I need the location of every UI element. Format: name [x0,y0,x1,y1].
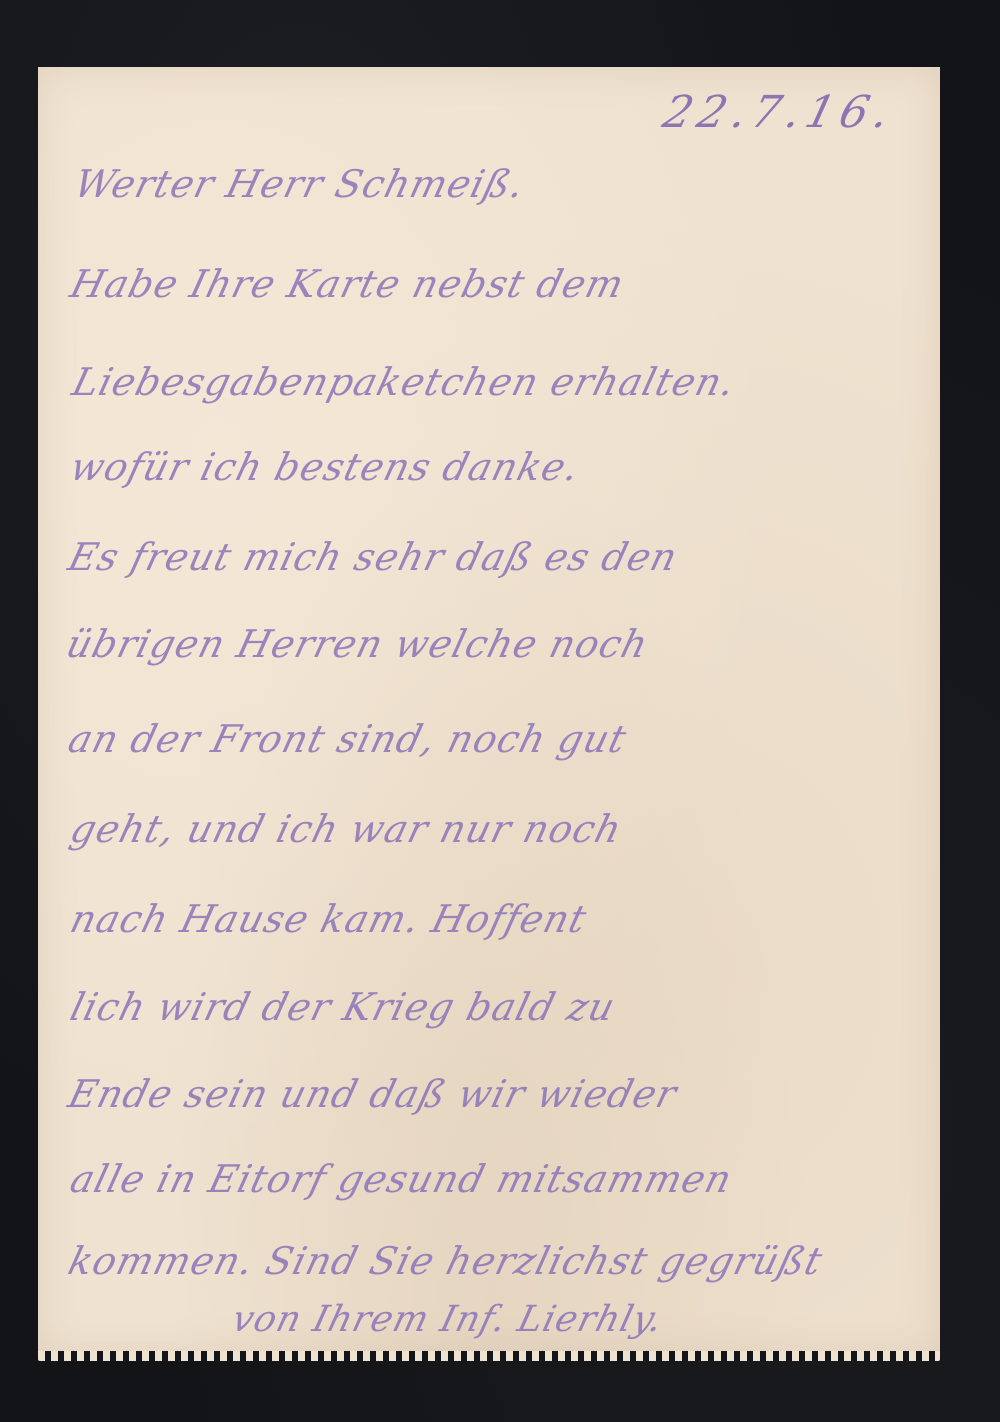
letter-line-7: geht, und ich war nur noch [66,807,627,851]
letter-paper: 22.7.16. Werter Herr Schmeiß. Habe Ihre … [38,67,940,1355]
letter-line-5: übrigen Herren welche noch [62,622,653,666]
letter-line-3: wofür ich bestens danke. [66,445,584,489]
salutation: Werter Herr Schmeiß. [70,162,530,206]
letter-line-10: Ende sein und daß wir wieder [64,1072,682,1116]
letter-line-2: Liebesgabenpaketchen erhalten. [68,360,740,404]
letter-line-12: kommen. Sind Sie herzlichst gegrüßt [64,1239,827,1283]
perforated-edge [38,1351,940,1361]
letter-line-11: alle in Eitorf gesund mitsammen [66,1157,737,1201]
letter-line-6: an der Front sind, noch gut [64,717,631,761]
signature-closing: von Ihrem Inf. Lierhly. [228,1299,667,1340]
letter-date: 22.7.16. [658,87,901,138]
letter-line-4: Es freut mich sehr daß es den [64,535,682,579]
letter-line-9: lich wird der Krieg bald zu [66,985,620,1029]
letter-line-1: Habe Ihre Karte nebst dem [66,262,629,306]
letter-line-8: nach Hause kam. Hoffent [66,897,592,941]
